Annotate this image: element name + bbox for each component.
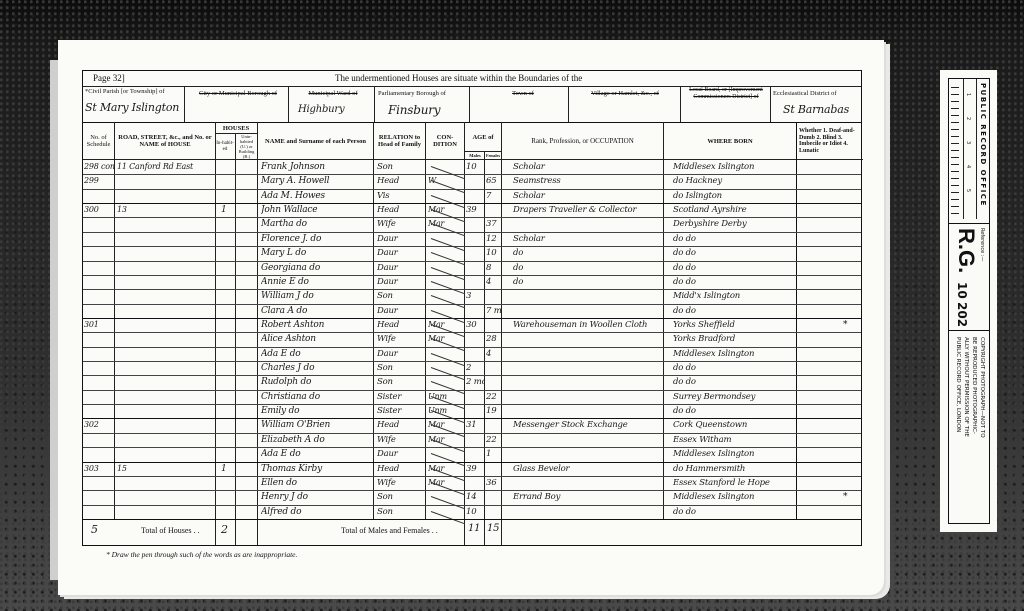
row-name: Frank Johnson <box>261 160 371 174</box>
row-where-born: do do <box>667 361 801 375</box>
row-schedule: 300 <box>84 203 114 217</box>
row-where-born: do do <box>667 375 801 389</box>
row-age-male: 10 <box>466 505 484 519</box>
row-name: Elizabeth A do <box>261 433 371 447</box>
col-relation: RELATION to Head of Family <box>374 123 425 159</box>
row-name: Florence J. do <box>261 232 371 246</box>
row-road: 15 <box>117 462 213 476</box>
row-name: Annie E do <box>261 275 371 289</box>
row-where-born: Middlesex Islington <box>667 447 801 461</box>
row-occupation: Scholar <box>507 232 667 246</box>
row-name: Christiana do <box>261 390 371 404</box>
col-uninhabited: Unin-habited (U.) or Building (B.) <box>236 134 257 159</box>
row-relation: Wife <box>377 332 423 346</box>
total-houses-value: 2 <box>221 523 228 536</box>
row-where-born: do do <box>667 304 801 318</box>
tally-mark <box>431 238 465 251</box>
copyright-line-2: BE REPRODUCED PHOTOGRAPHIC- <box>970 337 978 434</box>
tally-mark <box>431 353 465 366</box>
row-where-born: Middlesex Islington <box>667 490 801 504</box>
row-relation: Vis <box>377 189 423 203</box>
local-board-label: Local Board, or [Improvement Commissione… <box>683 87 769 101</box>
parliamentary-borough-value: Finsbury <box>388 103 440 117</box>
village-label: Village or Hamlet, &c., of <box>573 90 677 97</box>
row-occupation: Messenger Stock Exchange <box>507 418 667 432</box>
row-age-female: 22 <box>486 390 501 404</box>
tally-mark <box>431 252 465 265</box>
divider <box>184 86 185 122</box>
civil-parish-label: *Civil Parish [or Township] of <box>85 88 165 95</box>
reference-prefix: R.G. <box>953 228 979 273</box>
row-occupation: do <box>507 246 667 260</box>
municipal-borough-label: City or Municipal Borough of <box>193 90 283 97</box>
divider <box>465 151 501 152</box>
page-label: Page 32] <box>93 73 125 83</box>
ruler-mark: 3 <box>965 141 971 144</box>
row-inhabited: 1 <box>221 203 233 217</box>
row-age-female: 36 <box>486 476 501 490</box>
row-name: Martha do <box>261 217 371 231</box>
row-schedule: 303 <box>84 462 114 476</box>
tally-mark <box>431 267 465 280</box>
row-where-born: Middlesex Islington <box>667 160 801 174</box>
row-name: Alice Ashton <box>261 332 371 346</box>
total-males: 11 <box>468 523 480 534</box>
ecclesiastical-district-label: Ecclesiastical District of <box>773 90 837 97</box>
row-name: Charles J do <box>261 361 371 375</box>
row-where-born: do Hammersmith <box>667 462 801 476</box>
row-inhabited: 1 <box>221 462 233 476</box>
row-age-female: 10 <box>486 246 501 260</box>
row-age-male: 2 mo <box>466 375 484 389</box>
row-name: Mary L do <box>261 246 371 260</box>
row-age-female: 4 <box>486 347 501 361</box>
row-age-male: 2 <box>466 361 484 375</box>
row-occupation: Drapers Traveller & Collector <box>507 203 667 217</box>
tally-mark <box>431 367 465 380</box>
row-relation: Head <box>377 174 423 188</box>
ruler-scale <box>963 79 977 219</box>
row-name: Emily do <box>261 404 371 418</box>
office-name: PUBLIC RECORD OFFICE <box>979 83 987 207</box>
total-persons-label: Total of Males and Females . . <box>341 526 438 535</box>
col-road: ROAD, STREET, &c., and No. or NAME of HO… <box>115 123 215 159</box>
row-age-female: 1 <box>486 447 501 461</box>
municipal-ward-label: Municipal Ward of <box>295 90 371 97</box>
copyright-line-1: COPYRIGHT PHOTOGRAPH—NOT TO <box>978 337 986 438</box>
row-age-female: 65 <box>486 174 501 188</box>
row-where-born: Essex Witham <box>667 433 801 447</box>
row-name: William O'Brien <box>261 418 371 432</box>
row-age-female: 7 <box>486 189 501 203</box>
row-age-female: 37 <box>486 217 501 231</box>
total-schedules: 5 <box>91 523 98 536</box>
row-age-female: 4 <box>486 275 501 289</box>
row-age-male: 14 <box>466 490 484 504</box>
row-name: William J do <box>261 289 371 303</box>
row-occupation: Warehouseman in Woollen Cloth <box>507 318 667 332</box>
row-relation: Son <box>377 490 423 504</box>
civil-parish-value: St Mary Islington <box>85 101 179 114</box>
row-relation: Daur <box>377 275 423 289</box>
col-age: AGE of <box>465 123 501 151</box>
ecclesiastical-district-value: St Barnabas <box>783 103 849 116</box>
col-infirmity: Whether 1. Deaf-and-Dumb 2. Blind 3. Imb… <box>797 123 863 159</box>
row-occupation: do <box>507 261 667 275</box>
tally-mark <box>431 511 465 524</box>
row-occupation: Errand Boy <box>507 490 667 504</box>
tally-mark <box>431 496 465 509</box>
ink-mark: * <box>843 490 848 504</box>
row-name: Mary A. Howell <box>261 174 371 188</box>
col-name: NAME and Surname of each Person <box>258 123 373 159</box>
row-schedule: 299 <box>84 174 114 188</box>
row-name: Thomas Kirby <box>261 462 371 476</box>
tally-mark <box>431 281 465 294</box>
row-relation: Son <box>377 361 423 375</box>
row-relation: Head <box>377 418 423 432</box>
row-occupation: Glass Bevelor <box>507 462 667 476</box>
row-schedule: 298 contd <box>84 160 114 174</box>
total-houses-label: Total of Houses . . <box>141 526 200 535</box>
divider <box>770 86 771 122</box>
row-age-male: 39 <box>466 203 484 217</box>
total-females: 15 <box>487 523 499 534</box>
divider <box>374 86 375 122</box>
row-age-female: 28 <box>486 332 501 346</box>
row-relation: Daur <box>377 232 423 246</box>
row-relation: Sister <box>377 404 423 418</box>
reference-folio: 202 <box>955 302 969 327</box>
reference-box: Reference :— R.G. 10 202 <box>948 222 990 331</box>
col-houses: HOUSES <box>215 123 257 134</box>
row-where-born: do Hackney <box>667 174 801 188</box>
row-relation: Daur <box>377 246 423 260</box>
row-name: Rudolph do <box>261 375 371 389</box>
row-relation: Daur <box>377 261 423 275</box>
row-where-born: Cork Queenstown <box>667 418 801 432</box>
copyright-box: COPYRIGHT PHOTOGRAPH—NOT TO BE REPRODUCE… <box>948 330 990 524</box>
tally-mark <box>431 295 465 308</box>
row-relation: Sister <box>377 390 423 404</box>
reference-label: Reference :— <box>979 228 985 261</box>
divider <box>680 86 681 122</box>
row-road: 11 Canford Rd East <box>117 160 213 174</box>
totals-divider <box>83 519 861 520</box>
ruler-mark: 5 <box>965 189 971 192</box>
col-inhabited: In-habit-ed <box>215 134 235 159</box>
row-name: Alfred do <box>261 505 371 519</box>
row-schedule: 302 <box>84 418 114 432</box>
row-age-male: 31 <box>466 418 484 432</box>
row-relation: Wife <box>377 217 423 231</box>
row-name: Clara A do <box>261 304 371 318</box>
row-relation: Wife <box>377 476 423 490</box>
town-label: Town of <box>483 90 563 97</box>
divider <box>288 86 289 122</box>
row-name: John Wallace <box>261 203 371 217</box>
row-age-male: 3 <box>466 289 484 303</box>
row-relation: Head <box>377 203 423 217</box>
row-relation: Daur <box>377 304 423 318</box>
row-name: Ada E do <box>261 447 371 461</box>
copyright-line-4: PUBLIC RECORD OFFICE, LONDON <box>954 337 962 432</box>
row-where-born: do do <box>667 404 801 418</box>
ruler-mark: 1 <box>965 93 971 96</box>
row-relation: Son <box>377 160 423 174</box>
row-name: Ellen do <box>261 476 371 490</box>
col-where-born: WHERE BORN <box>664 123 796 159</box>
ruler-box: PUBLIC RECORD OFFICE 1 2 3 4 5 <box>948 78 990 224</box>
divider <box>568 86 569 122</box>
row-relation: Son <box>377 375 423 389</box>
row-age-female: 22 <box>486 433 501 447</box>
row-name: Robert Ashton <box>261 318 371 332</box>
municipal-ward-value: Highbury <box>298 104 344 115</box>
ruler-mark: 2 <box>965 117 971 120</box>
row-where-born: do do <box>667 505 801 519</box>
row-relation: Daur <box>377 347 423 361</box>
row-age-male: 39 <box>466 462 484 476</box>
row-where-born: Scotland Ayrshire <box>667 203 801 217</box>
row-age-female: 8 <box>486 261 501 275</box>
census-form: Page 32] The undermentioned Houses are s… <box>82 70 862 546</box>
row-where-born: Essex Stanford le Hope <box>667 476 801 490</box>
row-where-born: Derbyshire Derby <box>667 217 801 231</box>
footnote: * Draw the pen through such of the words… <box>106 550 297 559</box>
row-occupation: do <box>507 275 667 289</box>
row-where-born: do do <box>667 246 801 260</box>
row-name: Georgiana do <box>261 261 371 275</box>
col-females: Females <box>485 152 501 159</box>
row-relation: Wife <box>377 433 423 447</box>
col-males: Males <box>465 152 485 159</box>
row-name: Ada M. Howes <box>261 189 371 203</box>
col-condition: CON-DITION <box>426 123 464 159</box>
row-age-male: 30 <box>466 318 484 332</box>
row-relation: Head <box>377 462 423 476</box>
row-road: 13 <box>117 203 213 217</box>
divider <box>469 86 470 122</box>
reference-strip: PUBLIC RECORD OFFICE 1 2 3 4 5 Reference… <box>940 70 997 532</box>
row-relation: Son <box>377 289 423 303</box>
row-where-born: do do <box>667 232 801 246</box>
row-where-born: Middlesex Islington <box>667 347 801 361</box>
row-schedule: 301 <box>84 318 114 332</box>
row-age-male: 10 <box>466 160 484 174</box>
ruler-mark: 4 <box>965 165 971 168</box>
copyright-line-3: ALLY WITHOUT PERMISSION OF THE <box>962 337 970 437</box>
row-relation: Head <box>377 318 423 332</box>
row-relation: Daur <box>377 447 423 461</box>
col-occupation: Rank, Profession, or OCCUPATION <box>502 123 663 159</box>
row-age-female: 19 <box>486 404 501 418</box>
row-occupation: Seamstress <box>507 174 667 188</box>
row-where-born: do Islington <box>667 189 801 203</box>
row-name: Henry J do <box>261 490 371 504</box>
row-occupation: Scholar <box>507 189 667 203</box>
row-name: Ada E do <box>261 347 371 361</box>
row-occupation: Scholar <box>507 160 667 174</box>
banner-text: The undermentioned Houses are situate wi… <box>335 73 582 83</box>
row-age-female: 12 <box>486 232 501 246</box>
row-age-female: 7 mo <box>486 304 501 318</box>
col-schedule: No. of Schedule <box>83 123 114 159</box>
row-where-born: Midd'x Islington <box>667 289 801 303</box>
row-where-born: Yorks Sheffield <box>667 318 801 332</box>
census-rows: 298 contd11 Canford Rd EastFrank Johnson… <box>83 160 861 519</box>
reference-piece: 10 <box>955 282 969 299</box>
row-where-born: do do <box>667 275 801 289</box>
row-where-born: Yorks Bradford <box>667 332 801 346</box>
parliamentary-borough-label: Parliamentary Borough of <box>378 90 446 97</box>
row-where-born: Surrey Bermondsey <box>667 390 801 404</box>
row-where-born: do do <box>667 261 801 275</box>
row-relation: Son <box>377 505 423 519</box>
ink-mark: * <box>843 318 848 332</box>
page-binding-edge <box>50 60 58 580</box>
